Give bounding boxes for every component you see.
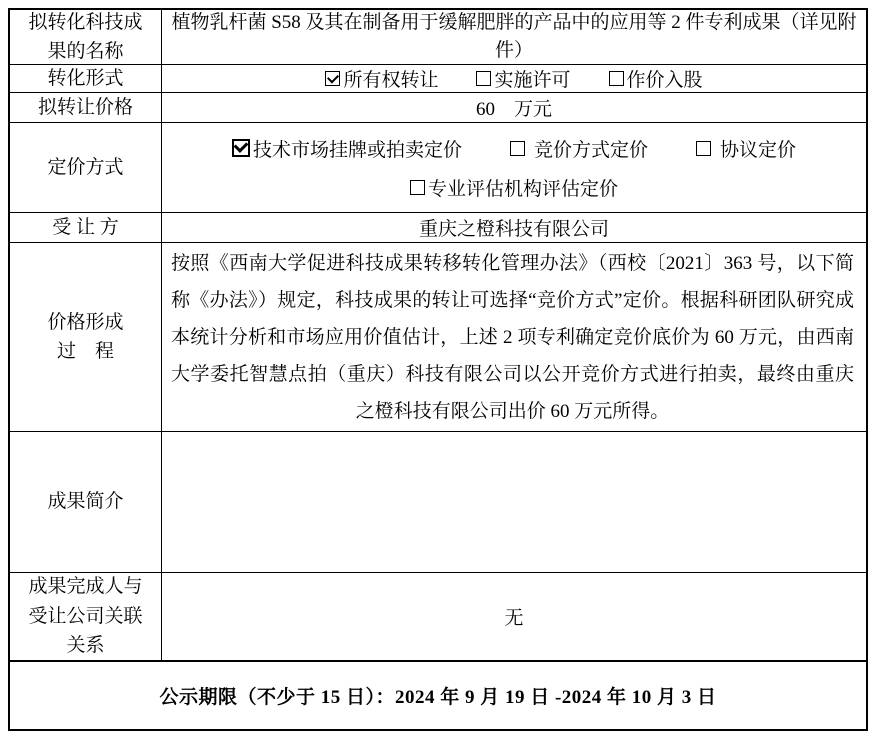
checkbox-unchecked-icon (696, 141, 711, 156)
pricing-method-options: 技术市场挂牌或拍卖定价 竞价方式定价 协议定价 专业评估机构评估定价 (162, 123, 866, 213)
option-label: 所有权转让 (343, 65, 438, 92)
label-completer-transferee-relationship: 成果完成人与 受让公司关联 关系 (10, 573, 162, 662)
pricing-options-line2: 专业评估机构评估定价 (410, 174, 618, 201)
option-professional-evaluation-pricing: 专业评估机构评估定价 (410, 174, 618, 201)
checkbox-checked-icon (232, 139, 250, 157)
option-ownership-transfer: 所有权转让 (325, 65, 438, 92)
checkbox-unchecked-icon (476, 71, 491, 86)
value-price-formation-process: 按照《西南大学促进科技成果转移转化管理办法》（西校〔2021〕363 号，以下简… (162, 245, 866, 430)
value-transferee: 重庆之橙科技有限公司 (162, 213, 866, 243)
value-completer-transferee-relationship: 无 (162, 573, 866, 662)
option-label: 实施许可 (494, 65, 570, 92)
document-page: 拟转化科技成 果的名称 植物乳杆菌 S58 及其在制备用于缓解肥胖的产品中的应用… (0, 0, 877, 737)
label-proposed-achievement-name: 拟转化科技成 果的名称 (10, 10, 162, 65)
option-equity-investment: 作价入股 (609, 65, 703, 92)
checkbox-unchecked-icon (609, 71, 624, 86)
price-formation-process-cell: 按照《西南大学促进科技成果转移转化管理办法》（西校〔2021〕363 号，以下简… (162, 243, 866, 432)
option-agreement-pricing: 协议定价 (696, 135, 796, 162)
transformation-form-options: 所有权转让 实施许可 作价入股 (162, 65, 866, 93)
value-achievement-introduction (162, 432, 866, 573)
publicity-period-text: 公示期限（不少于 15 日）：2024 年 9 月 19 日 -2024 年 1… (10, 662, 866, 729)
label-transferee: 受 让 方 (10, 213, 162, 243)
option-market-listing-auction-pricing: 技术市场挂牌或拍卖定价 (232, 135, 462, 162)
option-label: 协议定价 (720, 135, 796, 162)
checkbox-unchecked-icon (410, 180, 425, 195)
pricing-options-line1: 技术市场挂牌或拍卖定价 竞价方式定价 协议定价 (232, 135, 796, 162)
option-license: 实施许可 (476, 65, 570, 92)
label-transformation-form: 转化形式 (10, 65, 162, 93)
label-achievement-introduction: 成果简介 (10, 432, 162, 573)
label-price-formation-process: 价格形成 过 程 (10, 243, 162, 432)
option-bidding-pricing: 竞价方式定价 (510, 135, 648, 162)
option-label: 作价入股 (627, 65, 703, 92)
option-label: 专业评估机构评估定价 (428, 174, 618, 201)
option-label: 技术市场挂牌或拍卖定价 (253, 135, 462, 162)
value-achievement-name: 植物乳杆菌 S58 及其在制备用于缓解肥胖的产品中的应用等 2 件专利成果（详见… (162, 10, 866, 65)
tech-transfer-publicity-table: 拟转化科技成 果的名称 植物乳杆菌 S58 及其在制备用于缓解肥胖的产品中的应用… (8, 8, 868, 731)
label-proposed-transfer-price: 拟转让价格 (10, 93, 162, 123)
checkbox-checked-icon (325, 71, 340, 86)
option-label: 竞价方式定价 (534, 135, 648, 162)
label-pricing-method: 定价方式 (10, 123, 162, 213)
checkbox-unchecked-icon (510, 141, 525, 156)
value-transfer-price: 60 万元 (162, 93, 866, 123)
